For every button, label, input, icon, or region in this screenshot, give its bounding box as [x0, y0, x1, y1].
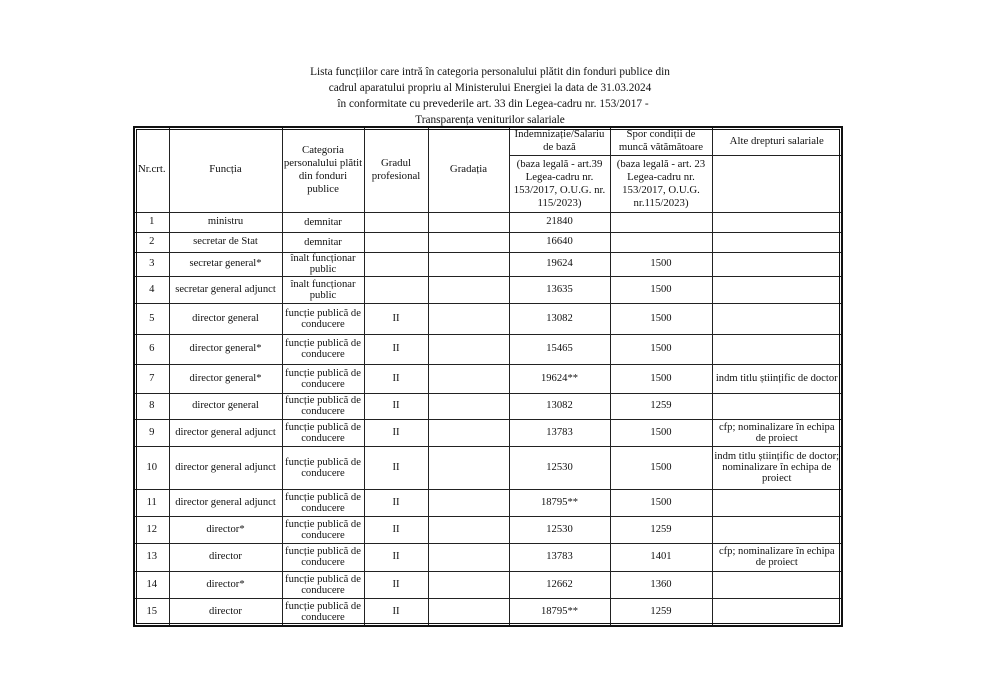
cell-functia: director general adjunct	[169, 419, 282, 446]
cell-alte	[712, 334, 842, 364]
cell-alte	[712, 212, 842, 232]
cell-salariu: 12662	[509, 571, 610, 598]
cell-categoria: funcție publică de conducere	[282, 303, 364, 334]
cell-functia: ministru	[169, 212, 282, 232]
cell-nr: 13	[134, 543, 169, 571]
cell-categoria: funcție publică de conducere	[282, 334, 364, 364]
table-row: 14director*funcție publică de conducereI…	[134, 571, 842, 598]
cell-alte: cfp; nominalizare în echipa de proiect	[712, 419, 842, 446]
table-row: 6director general*funcție publică de con…	[134, 334, 842, 364]
cell-gradul: II	[364, 489, 428, 516]
cell-functia: director general	[169, 303, 282, 334]
cell-spor: 1500	[610, 364, 712, 393]
cell-alte	[712, 571, 842, 598]
table-row: 5director generalfuncție publică de cond…	[134, 303, 842, 334]
cell-spor: 1500	[610, 489, 712, 516]
salary-table: Nr.crt. Funcția Categoria personalului p…	[133, 126, 843, 627]
cell-salariu: 13783	[509, 543, 610, 571]
cell-gradul: II	[364, 571, 428, 598]
cell-alte	[712, 489, 842, 516]
cell-gradatia	[428, 543, 509, 571]
cell-categoria: funcție publică de conducere	[282, 489, 364, 516]
cell-salariu: 13635	[509, 276, 610, 303]
cell-functia: director*	[169, 571, 282, 598]
cell-spor: 1259	[610, 598, 712, 626]
cell-salariu: 19624**	[509, 364, 610, 393]
cell-spor: 1500	[610, 303, 712, 334]
cell-categoria: demnitar	[282, 212, 364, 232]
cell-nr: 11	[134, 489, 169, 516]
header-salariu: Indemnizație/Salariu de bază	[509, 127, 610, 155]
cell-functia: secretar general adjunct	[169, 276, 282, 303]
table-row: 2secretar de Statdemnitar16640	[134, 232, 842, 252]
cell-salariu: 15465	[509, 334, 610, 364]
table-row: 15directorfuncție publică de conducereII…	[134, 598, 842, 626]
cell-alte	[712, 303, 842, 334]
table-row: 7director general*funcție publică de con…	[134, 364, 842, 393]
cell-functia: director	[169, 543, 282, 571]
cell-gradul: II	[364, 516, 428, 543]
table-row: 11director general adjunctfuncție public…	[134, 489, 842, 516]
header-gradul: Gradul profesional	[364, 127, 428, 212]
cell-nr: 1	[134, 212, 169, 232]
cell-spor: 1500	[610, 446, 712, 489]
cell-functia: director general adjunct	[169, 489, 282, 516]
cell-gradatia	[428, 393, 509, 419]
table-row: 8director generalfuncție publică de cond…	[134, 393, 842, 419]
cell-nr: 9	[134, 419, 169, 446]
cell-gradatia	[428, 232, 509, 252]
cell-spor: 1500	[610, 276, 712, 303]
cell-categoria: funcție publică de conducere	[282, 516, 364, 543]
cell-gradatia	[428, 364, 509, 393]
header-gradatia: Gradația	[428, 127, 509, 212]
cell-gradul	[364, 276, 428, 303]
cell-gradul: II	[364, 303, 428, 334]
cell-nr: 8	[134, 393, 169, 419]
cell-categoria: funcție publică de conducere	[282, 446, 364, 489]
cell-salariu: 21840	[509, 212, 610, 232]
cell-functia: director general adjunct	[169, 446, 282, 489]
cell-gradul: II	[364, 393, 428, 419]
cell-functia: secretar general*	[169, 252, 282, 276]
cell-spor: 1500	[610, 419, 712, 446]
cell-alte	[712, 393, 842, 419]
table-row: 3secretar general*înalt funcționar publi…	[134, 252, 842, 276]
cell-categoria: funcție publică de conducere	[282, 571, 364, 598]
cell-gradatia	[428, 489, 509, 516]
header-salariu-baza-legala: (baza legală - art.39 Legea-cadru nr. 15…	[509, 155, 610, 212]
cell-salariu: 12530	[509, 516, 610, 543]
cell-gradatia	[428, 446, 509, 489]
cell-gradul: II	[364, 419, 428, 446]
title-line-3: în conformitate cu prevederile art. 33 d…	[280, 96, 700, 112]
cell-spor	[610, 212, 712, 232]
cell-nr: 3	[134, 252, 169, 276]
cell-nr: 4	[134, 276, 169, 303]
header-spor-baza-legala: (baza legală - art. 23 Legea-cadru nr. 1…	[610, 155, 712, 212]
table-body: 1ministrudemnitar218402secretar de Statd…	[134, 212, 842, 626]
cell-alte	[712, 232, 842, 252]
cell-alte	[712, 598, 842, 626]
table-row: 9director general adjunctfuncție publică…	[134, 419, 842, 446]
cell-gradul	[364, 212, 428, 232]
cell-alte	[712, 276, 842, 303]
header-alte-baza-legala	[712, 155, 842, 212]
title-line-2: cadrul aparatului propriu al Ministerulu…	[280, 80, 700, 96]
cell-salariu: 18795**	[509, 598, 610, 626]
cell-gradatia	[428, 571, 509, 598]
header-nr-crt: Nr.crt.	[134, 127, 169, 212]
table-row: 4secretar general adjunctînalt funcționa…	[134, 276, 842, 303]
cell-categoria: înalt funcționar public	[282, 252, 364, 276]
cell-salariu: 19624	[509, 252, 610, 276]
cell-spor: 1500	[610, 334, 712, 364]
cell-alte: indm titlu științific de doctor	[712, 364, 842, 393]
cell-nr: 2	[134, 232, 169, 252]
cell-gradul	[364, 252, 428, 276]
cell-alte: cfp; nominalizare în echipa de proiect	[712, 543, 842, 571]
header-spor: Spor condiții de muncă vătămătoare	[610, 127, 712, 155]
cell-gradatia	[428, 276, 509, 303]
cell-categoria: demnitar	[282, 232, 364, 252]
cell-nr: 7	[134, 364, 169, 393]
table-row: 13directorfuncție publică de conducereII…	[134, 543, 842, 571]
title-line-1: Lista funcțiilor care intră în categoria…	[280, 64, 700, 80]
cell-functia: director*	[169, 516, 282, 543]
cell-functia: secretar de Stat	[169, 232, 282, 252]
cell-gradatia	[428, 598, 509, 626]
cell-gradatia	[428, 303, 509, 334]
cell-gradul	[364, 232, 428, 252]
cell-salariu: 12530	[509, 446, 610, 489]
cell-spor	[610, 232, 712, 252]
cell-salariu: 13082	[509, 393, 610, 419]
cell-categoria: funcție publică de conducere	[282, 364, 364, 393]
cell-categoria: funcție publică de conducere	[282, 543, 364, 571]
cell-alte	[712, 516, 842, 543]
cell-spor: 1360	[610, 571, 712, 598]
cell-gradul: II	[364, 334, 428, 364]
cell-salariu: 16640	[509, 232, 610, 252]
table-row: 1ministrudemnitar21840	[134, 212, 842, 232]
cell-categoria: funcție publică de conducere	[282, 419, 364, 446]
cell-salariu: 18795**	[509, 489, 610, 516]
cell-gradatia	[428, 516, 509, 543]
cell-nr: 12	[134, 516, 169, 543]
cell-salariu: 13783	[509, 419, 610, 446]
cell-functia: director general*	[169, 334, 282, 364]
cell-gradatia	[428, 419, 509, 446]
table-row: 10director general adjunctfuncție public…	[134, 446, 842, 489]
cell-spor: 1401	[610, 543, 712, 571]
table-row: 12director*funcție publică de conducereI…	[134, 516, 842, 543]
cell-alte	[712, 252, 842, 276]
cell-functia: director general*	[169, 364, 282, 393]
cell-functia: director	[169, 598, 282, 626]
cell-gradul: II	[364, 543, 428, 571]
cell-spor: 1259	[610, 516, 712, 543]
cell-categoria: funcție publică de conducere	[282, 393, 364, 419]
cell-nr: 5	[134, 303, 169, 334]
cell-categoria: înalt funcționar public	[282, 276, 364, 303]
cell-gradul: II	[364, 446, 428, 489]
cell-nr: 6	[134, 334, 169, 364]
header-functia: Funcția	[169, 127, 282, 212]
cell-gradatia	[428, 252, 509, 276]
cell-functia: director general	[169, 393, 282, 419]
cell-nr: 10	[134, 446, 169, 489]
cell-gradul: II	[364, 598, 428, 626]
cell-nr: 14	[134, 571, 169, 598]
cell-gradul: II	[364, 364, 428, 393]
cell-nr: 15	[134, 598, 169, 626]
cell-gradatia	[428, 212, 509, 232]
cell-alte: indm titlu științific de doctor; nominal…	[712, 446, 842, 489]
cell-gradatia	[428, 334, 509, 364]
cell-categoria: funcție publică de conducere	[282, 598, 364, 626]
cell-salariu: 13082	[509, 303, 610, 334]
header-alte: Alte drepturi salariale	[712, 127, 842, 155]
cell-spor: 1259	[610, 393, 712, 419]
header-categoria: Categoria personalului plătit din fondur…	[282, 127, 364, 212]
cell-spor: 1500	[610, 252, 712, 276]
document-title: Lista funcțiilor care intră în categoria…	[280, 64, 700, 128]
